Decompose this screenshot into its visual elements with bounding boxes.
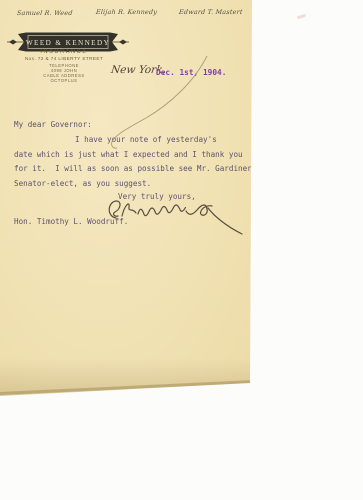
letter-paper: Samuel R. Weed Elijah R. Kennedy Edward … bbox=[0, 0, 253, 398]
pencil-mark bbox=[0, 0, 253, 398]
scan-artifact-smudge bbox=[297, 14, 306, 20]
pencil-mark-stroke bbox=[112, 56, 207, 148]
